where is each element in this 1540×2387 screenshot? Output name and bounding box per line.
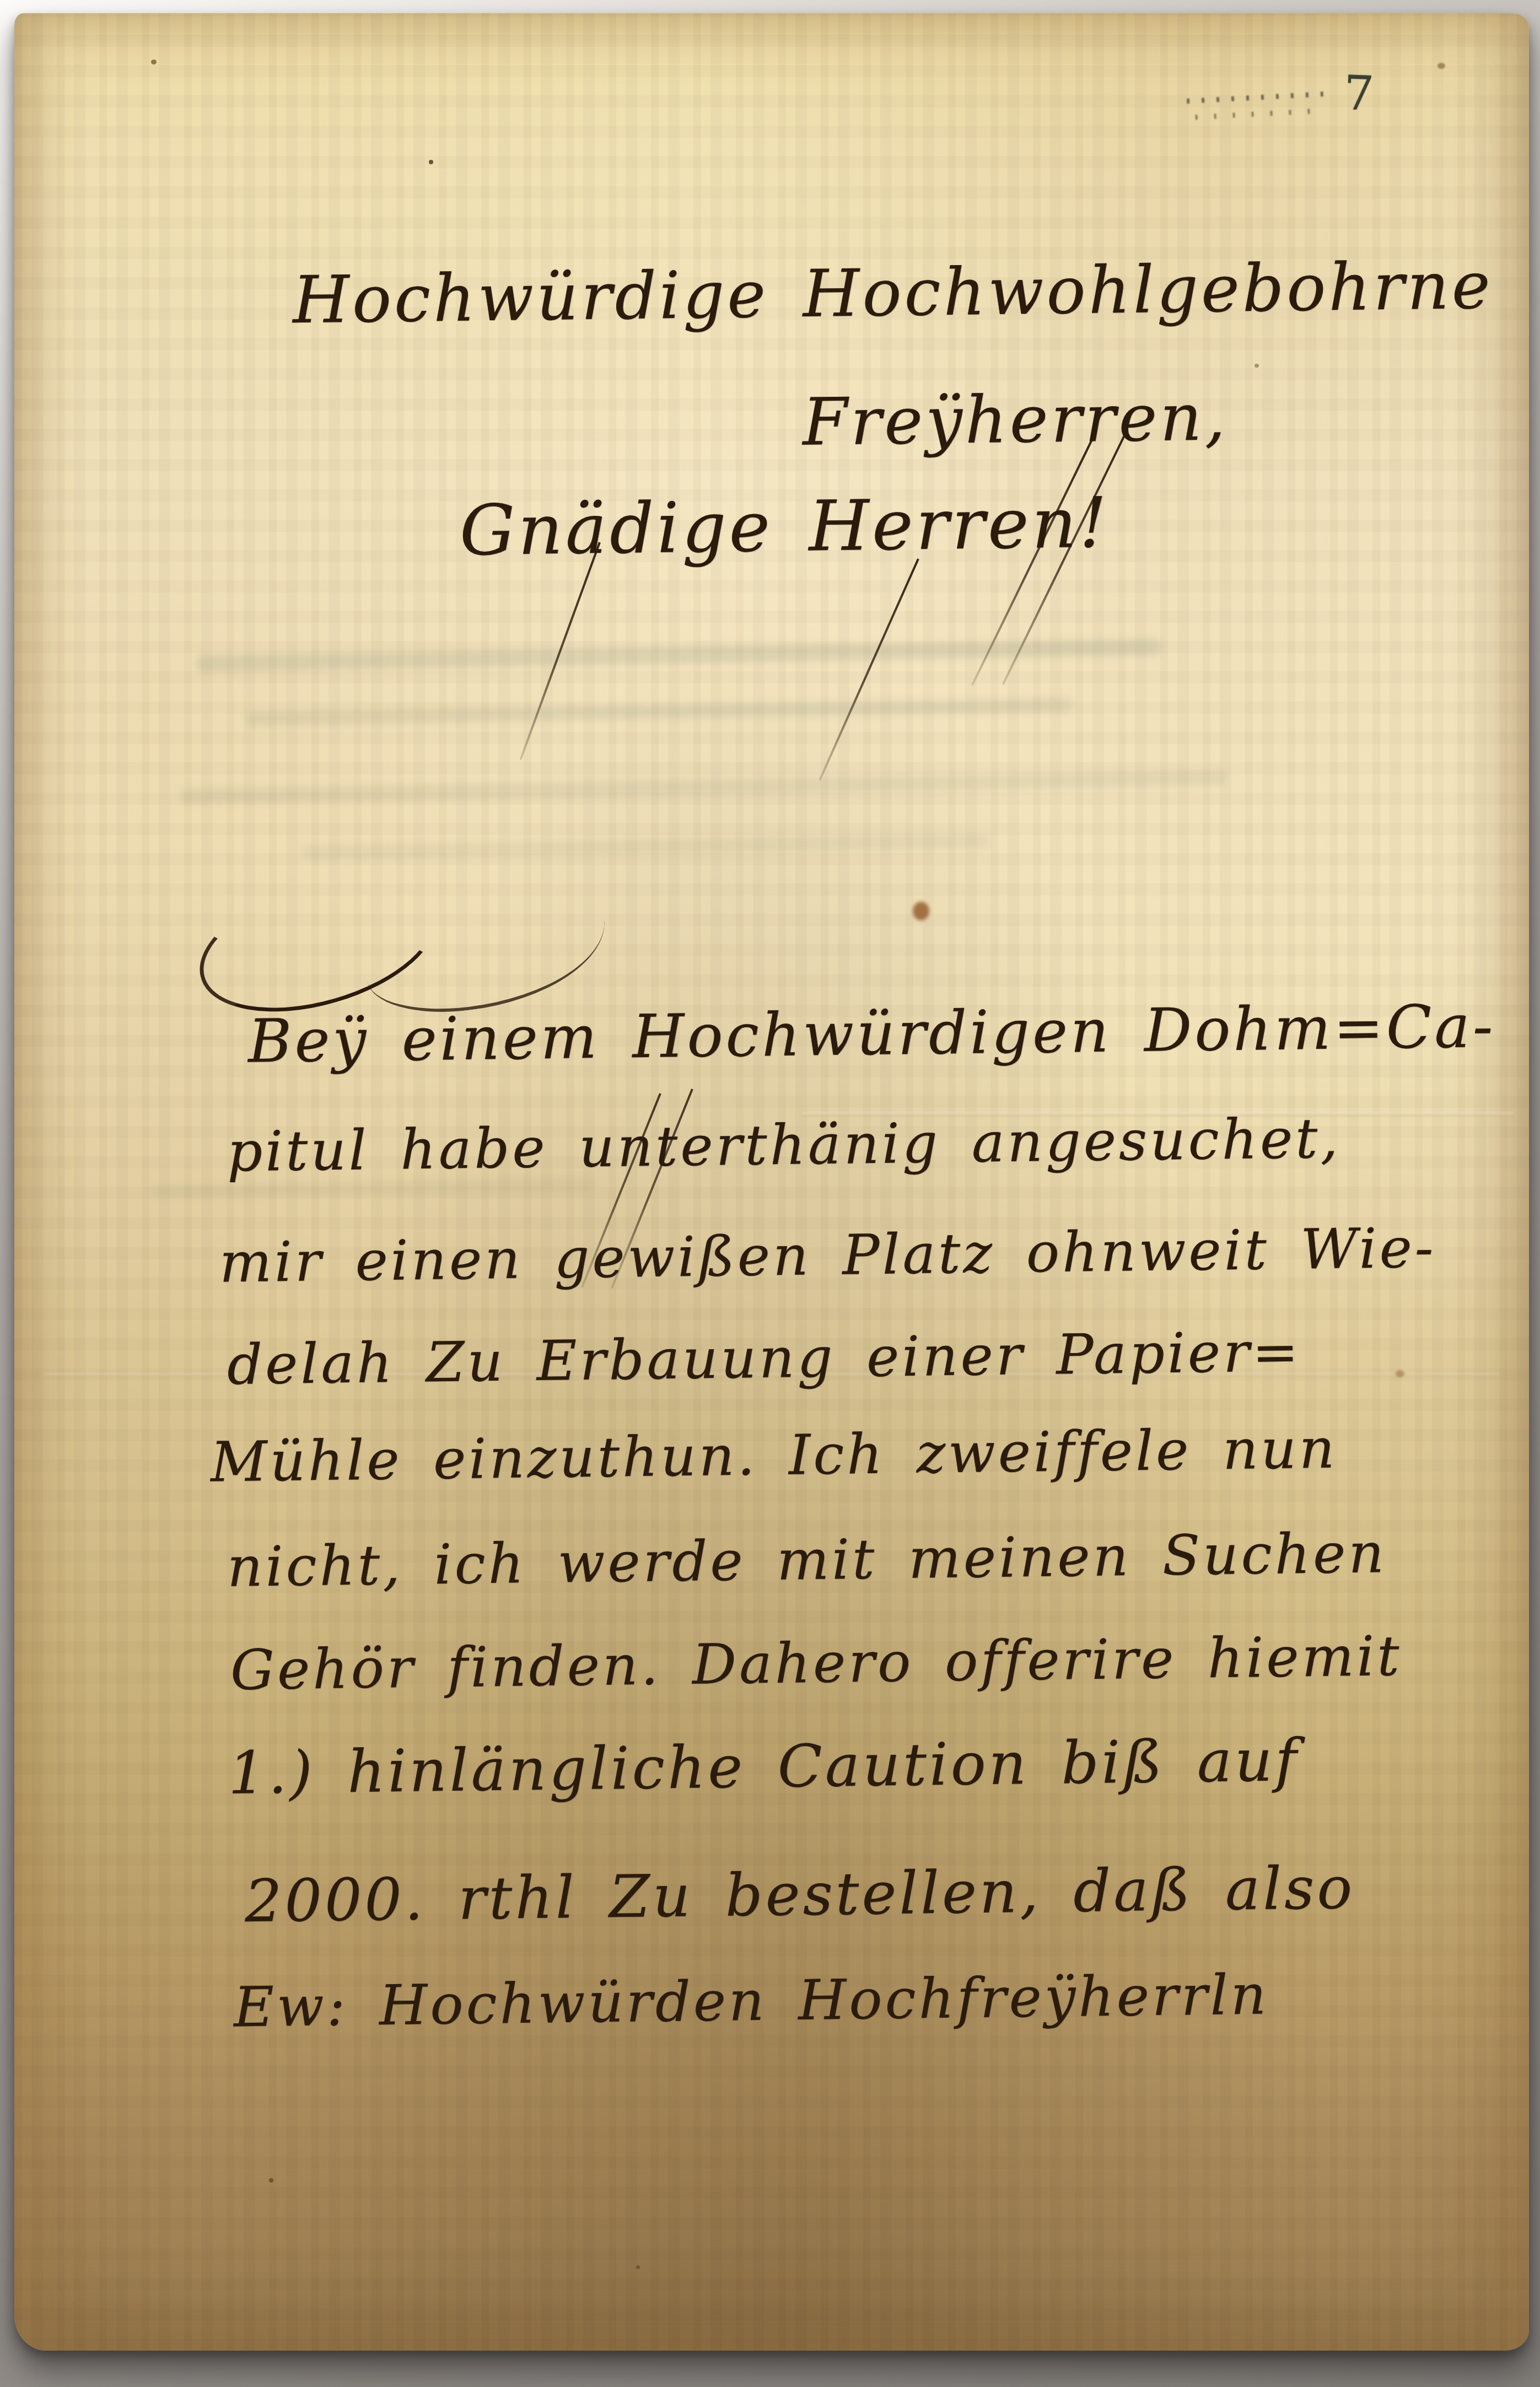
salutation-line-3: Gnädige Herren! [459, 482, 1110, 571]
page-number: 7 [1343, 66, 1375, 122]
foxing-spot [1254, 364, 1259, 368]
salutation-line-2: Freÿherren, [802, 379, 1228, 460]
manuscript-page: 7 Hochwürdige Hochwohlgebohrne Freÿherre… [14, 13, 1529, 2351]
stamp-dots [1195, 109, 1314, 120]
body-line-10: Ew: Hochwürden Hochfreÿherrln [233, 1963, 1269, 2040]
foxing-spot [151, 60, 157, 64]
foxing-spot [1396, 1370, 1404, 1377]
foxing-spot [636, 2265, 640, 2269]
foxing-spot [269, 2178, 273, 2183]
salutation-line-1: Hochwürdige Hochwohlgebohrne [292, 247, 1493, 338]
foxing-spot [429, 160, 433, 164]
foxing-spot [1437, 63, 1445, 69]
body-line-8: 1.) hinlängliche Caution biß auf [228, 1726, 1300, 1807]
body-line-4: delah Zu Erbauung einer Papier= [227, 1319, 1301, 1397]
body-line-2: pitul habe unterthänig angesuchet, [227, 1106, 1341, 1184]
stamp-dots [1187, 91, 1336, 104]
foxing-spot [913, 902, 929, 920]
body-line-9: 2000. rthl Zu bestellen, daß also [244, 1854, 1355, 1936]
body-line-5: Mühle einzuthun. Ich zweiffele nun [210, 1416, 1338, 1495]
photo-background: 7 Hochwürdige Hochwohlgebohrne Freÿherre… [0, 0, 1540, 2387]
